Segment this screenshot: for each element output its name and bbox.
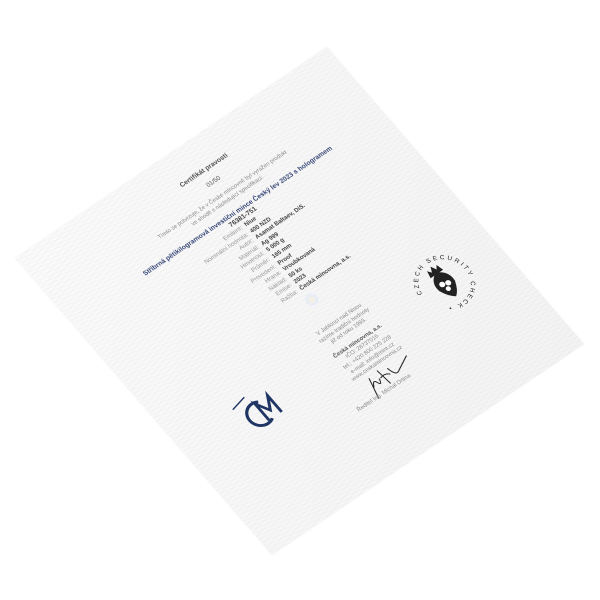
- hologram-mark: [302, 291, 322, 309]
- certificate-title: Certifikát pravosti: [179, 152, 230, 189]
- certificate-sheet: Certifikát pravosti 01/50 Tímto se potvr…: [15, 47, 584, 555]
- czech-security-check-seal: CZECH SECURITY CHECK •: [396, 240, 493, 326]
- certificate-serial: 01/50: [205, 175, 222, 189]
- cm-logo-icon: [226, 383, 290, 440]
